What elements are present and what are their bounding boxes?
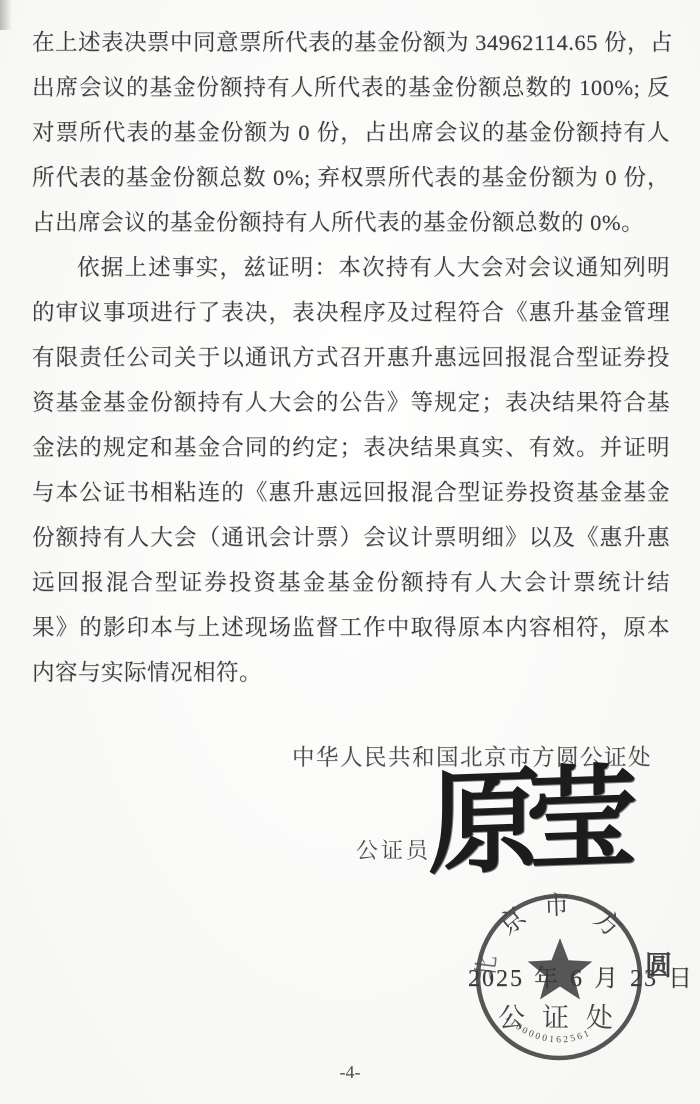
notary-title-label: 公证员 bbox=[356, 834, 431, 865]
text-line: 的审议事项进行了表决，表决程序及过程符合《惠升基金管理 bbox=[32, 290, 670, 335]
text-line: 所代表的基金份额总数 0%; 弃权票所代表的基金份额为 0 份， bbox=[32, 155, 670, 200]
text-line: 对票所代表的基金份额为 0 份，占出席会议的基金份额持有人 bbox=[32, 110, 670, 155]
text-line: 内容与实际情况相符。 bbox=[32, 650, 670, 695]
text-line: 出席会议的基金份额持有人所代表的基金份额总数的 100%; 反 bbox=[32, 65, 670, 110]
text-line: 在上述表决票中同意票所代表的基金份额为 34962114.65 份，占 bbox=[32, 20, 670, 65]
text-line: 有限责任公司关于以通讯方式召开惠升惠远回报混合型证券投 bbox=[32, 335, 670, 380]
certificate-body: 在上述表决票中同意票所代表的基金份额为 34962114.65 份，占出席会议的… bbox=[32, 20, 670, 695]
text-line: 与本公证书相粘连的《惠升惠远回报混合型证券投资基金基金 bbox=[32, 470, 670, 515]
seal-char-shi: 市 bbox=[543, 891, 570, 921]
text-line: 果》的影印本与上述现场监督工作中取得原本内容相符，原本 bbox=[32, 605, 670, 650]
seal-char-fang: 方 bbox=[588, 904, 627, 943]
text-line: 份额持有人大会（通讯会计票）会议计票明细》以及《惠升惠 bbox=[32, 515, 670, 560]
certificate-date: 2025 年 6 月 23 日 bbox=[468, 958, 694, 993]
vote-result-paragraph: 在上述表决票中同意票所代表的基金份额为 34962114.65 份，占出席会议的… bbox=[32, 20, 670, 245]
text-line: 占出席会议的基金份额持有人所代表的基金份额总数的 0%。 bbox=[32, 200, 670, 245]
scan-artifact bbox=[0, 0, 12, 30]
notarial-certificate-page: 在上述表决票中同意票所代表的基金份额为 34962114.65 份，占出席会议的… bbox=[0, 0, 700, 1104]
notary-signature: 原莹 bbox=[428, 759, 624, 889]
seal-char-jing: 京 bbox=[493, 902, 532, 941]
text-line: 依据上述事实，兹证明：本次持有人大会对会议通知列明 bbox=[32, 245, 670, 290]
certification-paragraph: 依据上述事实，兹证明：本次持有人大会对会议通知列明的审议事项进行了表决，表决程序… bbox=[32, 245, 670, 695]
text-line: 资基金基金份额持有人大会的公告》等规定；表决结果符合基 bbox=[32, 380, 670, 425]
text-line: 远回报混合型证券投资基金基金份额持有人大会计票统计结 bbox=[32, 560, 670, 605]
page-number: -4- bbox=[0, 1062, 700, 1083]
text-line: 金法的规定和基金合同的约定；表决结果真实、有效。并证明 bbox=[32, 425, 670, 470]
